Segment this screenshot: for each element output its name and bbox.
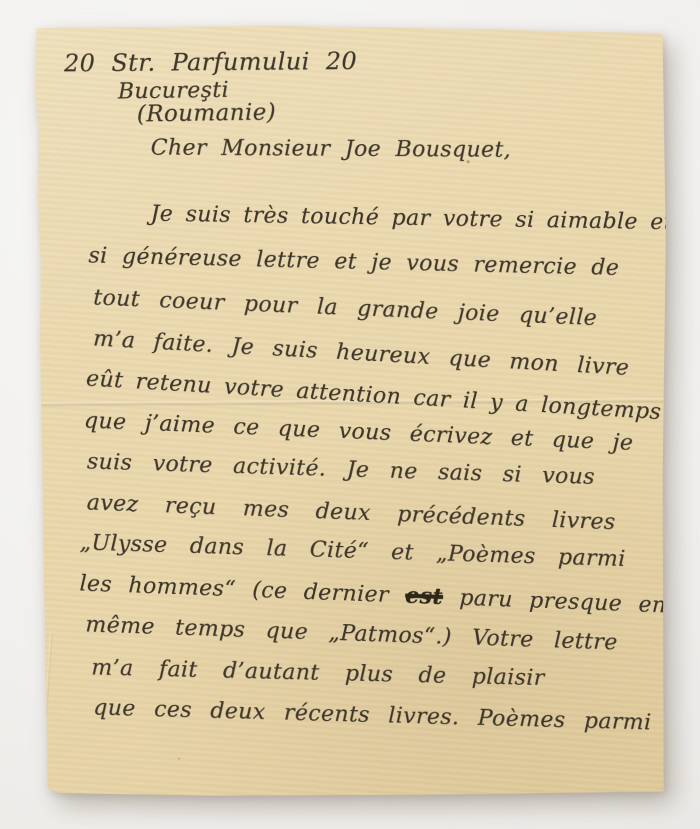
photo-background: 20 Str. Parfumului 20 Bucureşti (Roumani…	[0, 0, 700, 829]
body-line: tout coeur pour la grande joie qu’elle	[93, 285, 598, 331]
body-line: que ces deux récents livres. Poèmes parm…	[93, 695, 652, 735]
body-line: si généreuse lettre et je vous remercie …	[88, 243, 619, 281]
struck-word: est	[405, 583, 444, 610]
body-line: „Ulysse dans la Cité“ et „Poèmes parmi	[79, 530, 626, 572]
body-line: avez reçu mes deux précédents livres	[86, 490, 616, 535]
body-line: suis votre activité. Je ne sais si vous	[86, 449, 595, 490]
address-line: (Roumanie)	[137, 99, 277, 127]
body-line: même temps que „Patmos“.) Votre lettre	[85, 612, 618, 655]
letter-paper: 20 Str. Parfumului 20 Bucureşti (Roumani…	[32, 25, 667, 797]
letter-body: Je suis très touché par votre si aimable…	[34, 25, 667, 27]
strike-line-pre: les hommes“ (ce dernier	[79, 571, 406, 608]
body-line-with-strikethrough: les hommes“ (ce dernier est paru presque…	[79, 570, 667, 618]
body-line: Je suis très touché par votre si aimable…	[150, 201, 673, 235]
body-line: m’a fait d’autant plus de plaisir	[91, 655, 545, 691]
corner-crease	[38, 633, 52, 791]
address-block: 20 Str. Parfumului 20 Bucureşti (Roumani…	[34, 25, 667, 27]
address-line: 20 Str. Parfumului 20	[64, 47, 357, 77]
strike-line-post: paru presque en	[442, 585, 666, 618]
paper-speck	[178, 758, 180, 760]
salutation-line: Cher Monsieur Joe Bousquet,	[151, 135, 512, 162]
letter-paper-shadow: 20 Str. Parfumului 20 Bucureşti (Roumani…	[32, 25, 667, 797]
